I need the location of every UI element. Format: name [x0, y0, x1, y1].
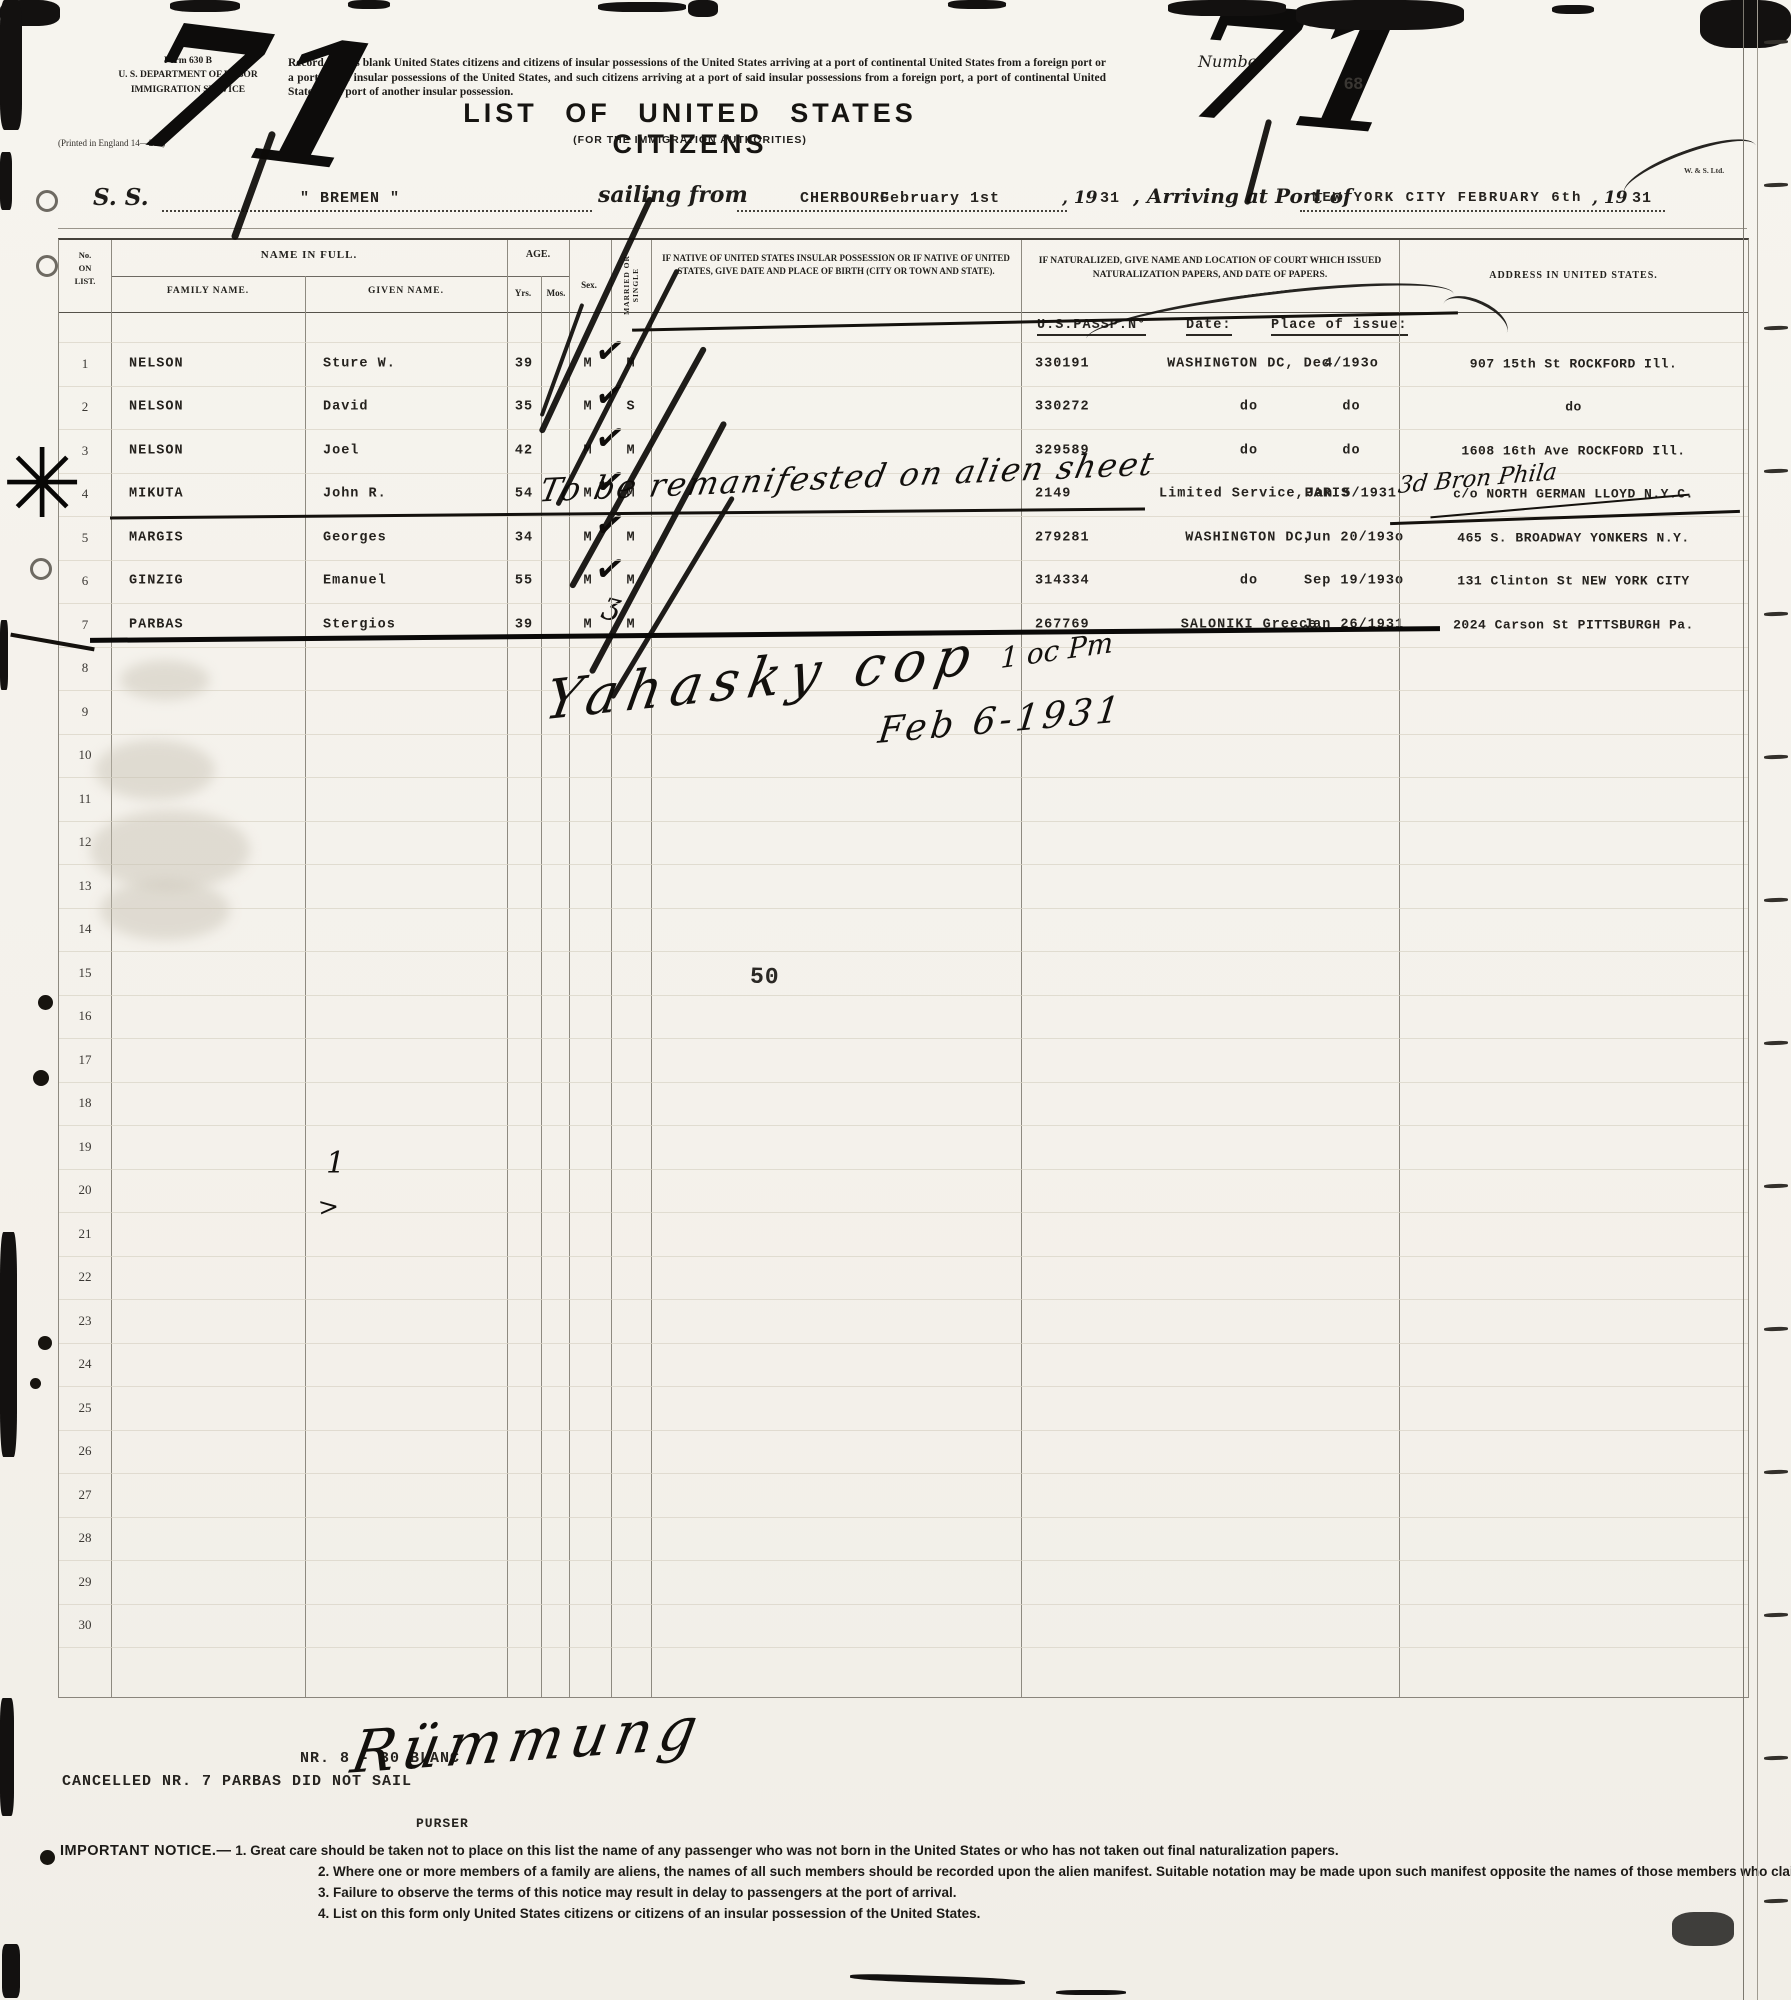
row-rule	[59, 1299, 1748, 1300]
papers-date: Sep 19/193o	[1304, 574, 1399, 589]
right-edge-tick	[1764, 1470, 1788, 1475]
passport-number: 279281	[1035, 530, 1090, 545]
papers-date: Jan 5/1931	[1304, 487, 1399, 502]
important-notice: IMPORTANT NOTICE.— 1. Great care should …	[60, 1840, 1750, 1925]
given-name: Sture W.	[323, 356, 396, 371]
row-rule	[59, 1517, 1748, 1518]
age-years: 35	[507, 400, 541, 415]
passenger-row: 5MARGISGeorges34MM279281WASHINGTON DC,Ju…	[59, 516, 1748, 560]
us-address: 465 S. BROADWAY YONKERS N.Y.	[1399, 530, 1748, 545]
left-edge-bar	[0, 1698, 14, 1816]
purser-signature: Rümmung	[346, 1693, 709, 1787]
age-years: 54	[507, 487, 541, 502]
pencil-smudge	[90, 810, 250, 890]
notice-item-4-text: List on this form only United States cit…	[333, 1906, 980, 1921]
family-name: MIKUTA	[129, 487, 184, 502]
top-edge-smudge	[598, 2, 686, 12]
col-header-family-name: FAMILY NAME.	[111, 286, 305, 296]
empty-row: 16	[59, 995, 1748, 1039]
left-edge-bar	[0, 1232, 17, 1457]
empty-row: 11	[59, 777, 1748, 821]
row-rule	[59, 429, 1748, 430]
empty-row: 20	[59, 1169, 1748, 1213]
row-number: 9	[59, 704, 111, 720]
row-number: 17	[59, 1052, 111, 1068]
notice-line-4: 4. List on this form only United States …	[318, 1904, 1791, 1925]
right-edge-line	[1757, 0, 1758, 2000]
column-rule	[651, 240, 652, 1697]
stamp-50: 50	[750, 964, 780, 991]
given-name: Stergios	[323, 617, 396, 632]
papers-date: do	[1304, 443, 1399, 458]
empty-row: 14	[59, 908, 1748, 952]
punch-dot	[40, 1850, 55, 1865]
row-number: 8	[59, 660, 111, 676]
row-rule	[59, 1343, 1748, 1344]
row-number: 27	[59, 1487, 111, 1503]
row-number: 16	[59, 1008, 111, 1024]
given-name: Georges	[323, 530, 387, 545]
row-rule	[59, 386, 1748, 387]
right-edge-tick	[1764, 1041, 1788, 1046]
row-rule	[59, 342, 1748, 343]
top-edge-smudge	[1552, 5, 1594, 14]
row-rule	[59, 1560, 1748, 1561]
notice-item-4-num: 4.	[318, 1906, 329, 1921]
passenger-row: 1NELSONSture W.39MM330191WASHINGTON DC, …	[59, 342, 1748, 386]
purser-label: PURSER	[416, 1816, 469, 1831]
given-name: David	[323, 400, 369, 415]
given-name: Emanuel	[323, 574, 387, 589]
row-number: 14	[59, 921, 111, 937]
papers-date: do	[1304, 400, 1399, 415]
row-rule	[59, 1038, 1748, 1039]
row-number: 21	[59, 1226, 111, 1242]
right-edge-tick	[1764, 326, 1788, 331]
notice-item-3-num: 3.	[318, 1885, 329, 1900]
age-years: 39	[507, 617, 541, 632]
arrival-year-prefix: , 19	[1592, 188, 1628, 208]
dotted-rule-arrival	[1300, 210, 1665, 212]
pen-curve	[1618, 127, 1763, 212]
row-number: 15	[59, 965, 111, 981]
notice-item-3-text: Failure to observe the terms of this not…	[333, 1885, 956, 1900]
col-header-age: AGE.	[507, 249, 569, 260]
top-edge-smudge	[1296, 0, 1464, 30]
page-title: LIST OF UNITED STATES CITIZENS	[400, 98, 980, 160]
sailing-from-label: sailing from	[598, 182, 748, 208]
top-edge-smudge	[1168, 0, 1286, 16]
row-number: 20	[59, 1182, 111, 1198]
notice-line-2: 2. Where one or more members of a family…	[318, 1862, 1791, 1883]
col-header-native-birth: IF NATIVE OF UNITED STATES INSULAR POSSE…	[655, 252, 1017, 277]
column-rule	[111, 240, 112, 1697]
col-header-address: ADDRESS IN UNITED STATES.	[1399, 270, 1748, 281]
empty-row: 13	[59, 864, 1748, 908]
empty-row: 29	[59, 1560, 1748, 1604]
passport-number: 330191	[1035, 356, 1090, 371]
age-years: 42	[507, 443, 541, 458]
column-rule	[1399, 240, 1400, 1697]
age-years: 39	[507, 356, 541, 371]
row-number: 2	[59, 399, 111, 415]
bottom-right-smudge	[1672, 1912, 1734, 1946]
row-rule	[59, 821, 1748, 822]
row-rule	[59, 1647, 1748, 1648]
year-prefix: , 19	[1062, 188, 1098, 208]
row-rule	[59, 995, 1748, 996]
empty-row: 28	[59, 1517, 1748, 1561]
arrival-port: NEW YORK CITY FEBRUARY 6th	[1312, 190, 1582, 206]
notice-item-2-text: Where one or more members of a family ar…	[333, 1864, 1791, 1879]
col-header-given-name: GIVEN NAME.	[305, 286, 507, 296]
col-header-no-on-list: No. ON LIST.	[59, 249, 111, 287]
row-number: 24	[59, 1356, 111, 1372]
departure-port: CHERBOURG	[800, 190, 890, 207]
given-name: Joel	[323, 443, 359, 458]
notice-item-1-text: Great care should be taken not to place …	[250, 1843, 1338, 1858]
given-name: John R.	[323, 487, 387, 502]
papers-date: Jun 20/193o	[1304, 530, 1399, 545]
margin-tick-2: >	[317, 1191, 340, 1221]
top-edge-smudge	[948, 0, 1006, 9]
us-address: 2024 Carson St PITTSBURGH Pa.	[1399, 617, 1748, 632]
passport-number: 330272	[1035, 400, 1090, 415]
row-rule	[59, 1386, 1748, 1387]
pencil-smudge	[100, 880, 230, 940]
row-rule	[59, 1604, 1748, 1605]
right-edge-tick	[1764, 1184, 1788, 1189]
passport-number: 2149	[1035, 487, 1071, 502]
form-instructions: Record on this blank United States citiz…	[288, 56, 1106, 100]
right-edge-tick	[1764, 1613, 1788, 1618]
row-number: 22	[59, 1269, 111, 1285]
us-address: 1608 16th Ave ROCKFORD Ill.	[1399, 443, 1748, 458]
us-address: 907 15th St ROCKFORD Ill.	[1399, 356, 1748, 371]
punch-dot	[33, 1070, 49, 1086]
row-number: 29	[59, 1574, 111, 1590]
empty-row: 27	[59, 1473, 1748, 1517]
col-header-naturalized: IF NATURALIZED, GIVE NAME AND LOCATION O…	[1025, 255, 1395, 283]
row-number: 11	[59, 791, 111, 807]
empty-row: 18	[59, 1082, 1748, 1126]
column-rule	[611, 240, 612, 1697]
rule-above-table	[58, 228, 1747, 229]
punch-dot	[38, 995, 53, 1010]
ss-label: S. S.	[93, 184, 149, 211]
row-number: 23	[59, 1313, 111, 1329]
row-rule	[59, 1125, 1748, 1126]
empty-row: 24	[59, 1343, 1748, 1387]
right-edge-tick	[1764, 469, 1788, 474]
passport-number: 314334	[1035, 574, 1090, 589]
punch-hole	[30, 558, 52, 580]
row-rule	[59, 1082, 1748, 1083]
row-rule	[59, 777, 1748, 778]
row-number: 28	[59, 1530, 111, 1546]
right-edge-tick	[1764, 183, 1788, 188]
right-edge-tick	[1764, 40, 1788, 45]
empty-row: 12	[59, 821, 1748, 865]
row-rule	[59, 1473, 1748, 1474]
row-rule	[59, 603, 1748, 604]
row-number: 7	[59, 617, 111, 633]
punch-hole	[36, 255, 58, 277]
row-rule	[59, 1256, 1748, 1257]
column-rule	[569, 240, 570, 1697]
row-number: 13	[59, 878, 111, 894]
scanned-manifest-page: Form 630 B U. S. DEPARTMENT OF LABOR IMM…	[0, 0, 1791, 2000]
row-rule	[59, 908, 1748, 909]
family-name: NELSON	[129, 400, 184, 415]
dotted-rule-ship	[162, 210, 592, 212]
empty-row: 15	[59, 951, 1748, 995]
empty-row: 19	[59, 1125, 1748, 1169]
top-edge-smudge	[170, 0, 240, 12]
left-edge-bar	[2, 1944, 20, 1998]
stamp-68: 68	[1344, 74, 1363, 94]
right-edge-tick	[1764, 898, 1788, 903]
passenger-row: 2NELSONDavid35MS330272dododo✓	[59, 386, 1748, 430]
row-rule	[59, 560, 1748, 561]
us-address: do	[1399, 400, 1748, 415]
notice-line-1: IMPORTANT NOTICE.— 1. Great care should …	[60, 1840, 1750, 1862]
notice-line-3: 3. Failure to observe the terms of this …	[318, 1883, 1791, 1904]
header-divider	[111, 276, 569, 277]
bottom-mark	[1056, 1990, 1126, 1995]
right-edge-tick	[1764, 755, 1788, 760]
row-number: 19	[59, 1139, 111, 1155]
punch-dot	[30, 1378, 41, 1389]
row-number: 18	[59, 1095, 111, 1111]
empty-row: 17	[59, 1038, 1748, 1082]
empty-row: 25	[59, 1386, 1748, 1430]
page-subtitle: (FOR THE IMMIGRATION AUTHORITIES)	[400, 134, 980, 146]
family-name: GINZIG	[129, 574, 184, 589]
punch-hole	[36, 190, 58, 212]
family-name: PARBAS	[129, 617, 184, 632]
row-rule	[59, 1212, 1748, 1213]
age-years: 55	[507, 574, 541, 589]
family-name: NELSON	[129, 443, 184, 458]
family-name: NELSON	[129, 356, 184, 371]
row-number: 26	[59, 1443, 111, 1459]
right-edge-tick	[1764, 612, 1788, 617]
right-edge-tick	[1764, 1756, 1788, 1761]
empty-row: 21	[59, 1212, 1748, 1256]
age-years: 34	[507, 530, 541, 545]
notice-item-2-num: 2.	[318, 1864, 329, 1879]
row-rule	[59, 1430, 1748, 1431]
right-edge-line	[1743, 0, 1744, 2000]
empty-row: 22	[59, 1256, 1748, 1300]
us-address: 131 Clinton St NEW YORK CITY	[1399, 574, 1748, 589]
row-number: 1	[59, 356, 111, 372]
column-rule	[507, 240, 508, 1697]
pencil-smudge	[95, 740, 215, 800]
margin-tick-1: 1	[326, 1146, 345, 1181]
row-number: 25	[59, 1400, 111, 1416]
left-edge-bar	[0, 0, 22, 130]
dotted-rule-port	[737, 210, 1067, 212]
col-header-yrs: Yrs.	[503, 288, 543, 298]
departure-date: February 1st	[880, 190, 1000, 207]
passenger-row: 6GINZIGEmanuel55MM314334doSep 19/193o131…	[59, 560, 1748, 604]
col-header-name-in-full: NAME IN FULL.	[111, 249, 507, 261]
left-edge-bar	[0, 152, 12, 210]
empty-row: 23	[59, 1299, 1748, 1343]
empty-row: 26	[59, 1430, 1748, 1474]
notice-item-1-num: 1.	[235, 1843, 246, 1858]
departure-year: 31	[1100, 190, 1120, 207]
top-edge-smudge	[688, 0, 718, 17]
left-edge-bar	[0, 620, 8, 690]
row-number: 6	[59, 573, 111, 589]
row-number: 30	[59, 1617, 111, 1633]
papers-date: 4/193o	[1304, 356, 1399, 371]
bottom-mark	[850, 1973, 1025, 1986]
star-mark: ✳	[2, 436, 82, 532]
pencil-smudge	[120, 660, 210, 700]
empty-row: 30	[59, 1604, 1748, 1648]
notice-title: IMPORTANT NOTICE.—	[60, 1843, 231, 1859]
top-edge-smudge	[348, 0, 390, 9]
row-rule	[59, 864, 1748, 865]
family-name: MARGIS	[129, 530, 184, 545]
punch-dot	[38, 1336, 52, 1350]
ship-name: " BREMEN "	[300, 190, 400, 207]
row-rule	[59, 1169, 1748, 1170]
row-rule	[59, 951, 1748, 952]
column-rule	[305, 276, 306, 1697]
right-edge-tick	[1764, 1327, 1788, 1332]
